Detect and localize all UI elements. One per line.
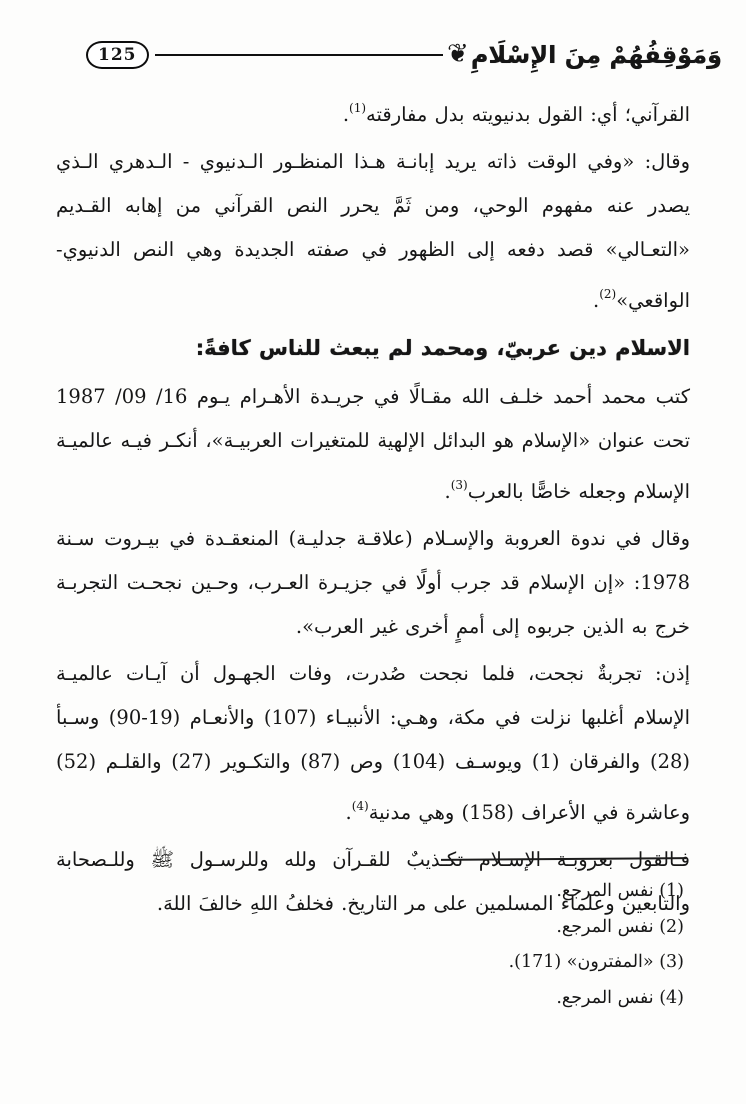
page-number-badge: 125 [86, 41, 149, 69]
footnote-item: (2) نفس المرجع. [56, 910, 684, 946]
paragraph-text: إذن: تجربةٌ نجحت، فلما نجحت صُدرت، وفات … [56, 662, 690, 824]
page-header: 125 ❦ وَمَوْقِفُهُمْ مِنَ الإِسْلَامِ [86, 32, 722, 78]
footnote-text: «المفترون» (171). [509, 952, 654, 972]
chapter-running-title: وَمَوْقِفُهُمْ مِنَ الإِسْلَامِ [471, 35, 722, 75]
footnote-text: نفس المرجع. [556, 881, 653, 901]
section-heading: الاسلام دين عربيّ، ومحمد لم يبعث للناس ك… [56, 328, 690, 368]
paragraph-text: كتب محمد أحمد خلـف الله مقـالًا في جريـد… [56, 385, 690, 503]
footnote-label: (4) [659, 988, 684, 1008]
paragraph-text: وقال: «وفي الوقت ذاته يريد إبانـة هـذا ا… [56, 150, 690, 312]
paragraph-continuation: القرآني؛ أي: القول بدنيويته بدل مفارقته(… [56, 86, 690, 137]
header-ornament-icon: ❦ [447, 41, 469, 67]
footnote-marker: (2) [599, 287, 616, 301]
paragraph: وقال في ندوة العروبة والإسـلام (علاقـة ج… [56, 517, 690, 649]
footnote-marker: (4) [352, 799, 369, 813]
footnote-label: (3) [659, 952, 684, 972]
footnote-marker: (1) [349, 101, 366, 115]
paragraph: وقال: «وفي الوقت ذاته يريد إبانـة هـذا ا… [56, 140, 690, 323]
book-page: 125 ❦ وَمَوْقِفُهُمْ مِنَ الإِسْلَامِ ال… [0, 0, 746, 1104]
paragraph-text: القرآني؛ أي: القول بدنيويته بدل مفارقته [366, 103, 690, 126]
footnote-label: (1) [659, 881, 684, 901]
footnote-marker: (3) [451, 478, 468, 492]
footnote-item: (3) «المفترون» (171). [56, 945, 684, 981]
paragraph: كتب محمد أحمد خلـف الله مقـالًا في جريـد… [56, 375, 690, 514]
header-rule [155, 54, 444, 57]
footnote-label: (2) [659, 917, 684, 937]
page-number: 125 [98, 45, 137, 65]
footnote-text: نفس المرجع. [556, 917, 653, 937]
footnote-text: نفس المرجع. [556, 988, 653, 1008]
paragraph-text: وقال في ندوة العروبة والإسـلام (علاقـة ج… [56, 527, 690, 638]
footnote-item: (4) نفس المرجع. [56, 981, 684, 1017]
footnote-item: (1) نفس المرجع. [56, 874, 684, 910]
footnotes-block: (1) نفس المرجع. (2) نفس المرجع. (3) «الم… [56, 874, 684, 1016]
body-text-column: القرآني؛ أي: القول بدنيويته بدل مفارقته(… [56, 86, 690, 929]
paragraph: إذن: تجربةٌ نجحت، فلما نجحت صُدرت، وفات … [56, 652, 690, 835]
